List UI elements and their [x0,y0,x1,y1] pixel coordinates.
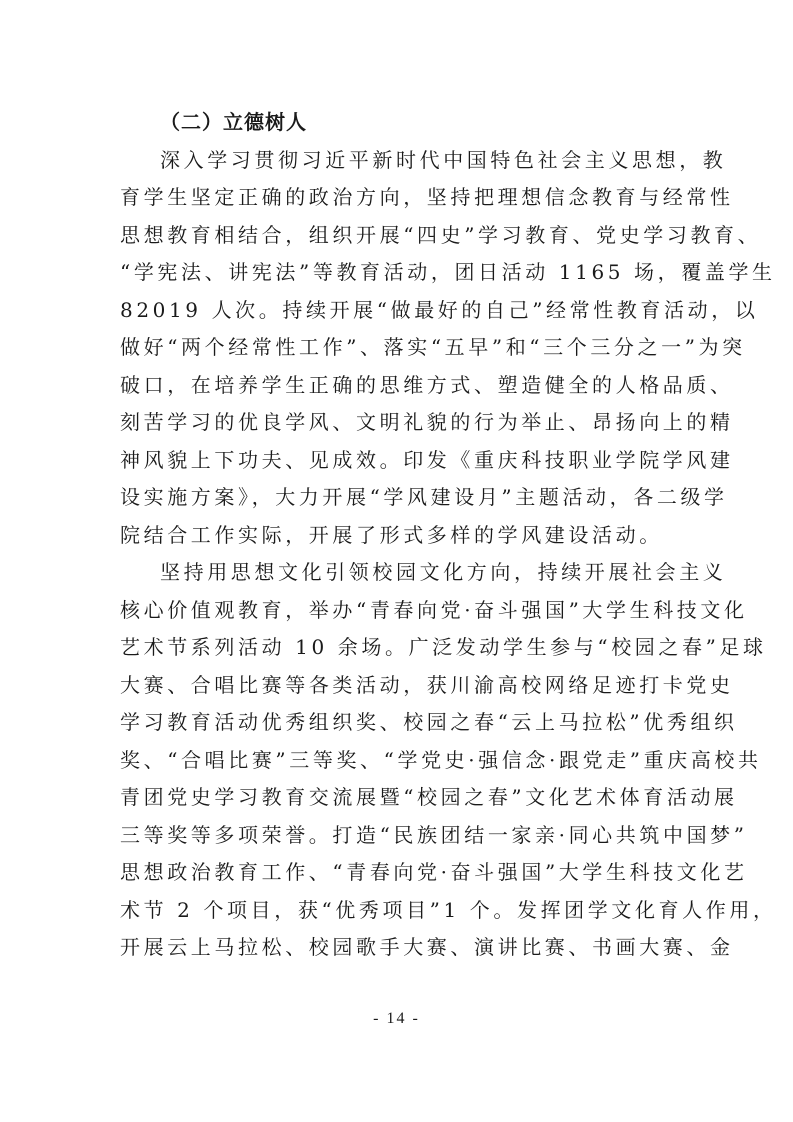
text-line: 思想教育相结合，组织开展“四史”学习教育、党史学习教育、 [120,217,674,255]
text-line: 坚持用思想文化引领校园文化方向，持续开展社会主义 [120,554,674,592]
page-content: （二）立德树人 深入学习贯彻习近平新时代中国特色社会主义思想，教 育学生坚定正确… [120,104,674,967]
text-line: 核心价值观教育，举办“青春向党·奋斗强国”大学生科技文化 [120,592,674,630]
text-line: 学习教育活动优秀组织奖、校园之春“云上马拉松”优秀组织 [120,704,674,742]
text-line: 艺术节系列活动 10 余场。广泛发动学生参与“校园之春”足球 [120,629,674,667]
text-line: 术节 2 个项目，获“优秀项目”1 个。发挥团学文化育人作用， [120,892,674,930]
text-line: 设实施方案》，大力开展“学风建设月”主题活动，各二级学 [120,479,674,517]
paragraph-1: 深入学习贯彻习近平新时代中国特色社会主义思想，教 育学生坚定正确的政治方向，坚持… [120,142,674,555]
text-line: 大赛、合唱比赛等各类活动，获川渝高校网络足迹打卡党史 [120,667,674,705]
text-line: 青团党史学习教育交流展暨“校园之春”文化艺术体育活动展 [120,779,674,817]
text-line: 深入学习贯彻习近平新时代中国特色社会主义思想，教 [120,142,674,180]
text-line: 破口，在培养学生正确的思维方式、塑造健全的人格品质、 [120,367,674,405]
text-line: 育学生坚定正确的政治方向，坚持把理想信念教育与经常性 [120,179,674,217]
page-number: - 14 - [0,1010,793,1028]
text-line: “学宪法、讲宪法”等教育活动，团日活动 1165 场，覆盖学生 [120,254,674,292]
text-line: 奖、“合唱比赛”三等奖、“学党史·强信念·跟党走”重庆高校共 [120,742,674,780]
text-line: 院结合工作实际，开展了形式多样的学风建设活动。 [120,517,674,555]
text-line: 刻苦学习的优良学风、文明礼貌的行为举止、昂扬向上的精 [120,404,674,442]
text-line: 思想政治教育工作、“青春向党·奋斗强国”大学生科技文化艺 [120,854,674,892]
text-line: 三等奖等多项荣誉。打造“民族团结一家亲·同心共筑中国梦” [120,817,674,855]
text-line: 82019 人次。持续开展“做最好的自己”经常性教育活动，以 [120,292,674,330]
paragraph-2: 坚持用思想文化引领校园文化方向，持续开展社会主义 核心价值观教育，举办“青春向党… [120,554,674,967]
text-line: 做好“两个经常性工作”、落实“五早”和“三个三分之一”为突 [120,329,674,367]
document-page: （二）立德树人 深入学习贯彻习近平新时代中国特色社会主义思想，教 育学生坚定正确… [0,0,793,1122]
section-heading: （二）立德树人 [120,104,674,142]
text-line: 开展云上马拉松、校园歌手大赛、演讲比赛、书画大赛、金 [120,929,674,967]
text-line: 神风貌上下功夫、见成效。印发《重庆科技职业学院学风建 [120,442,674,480]
